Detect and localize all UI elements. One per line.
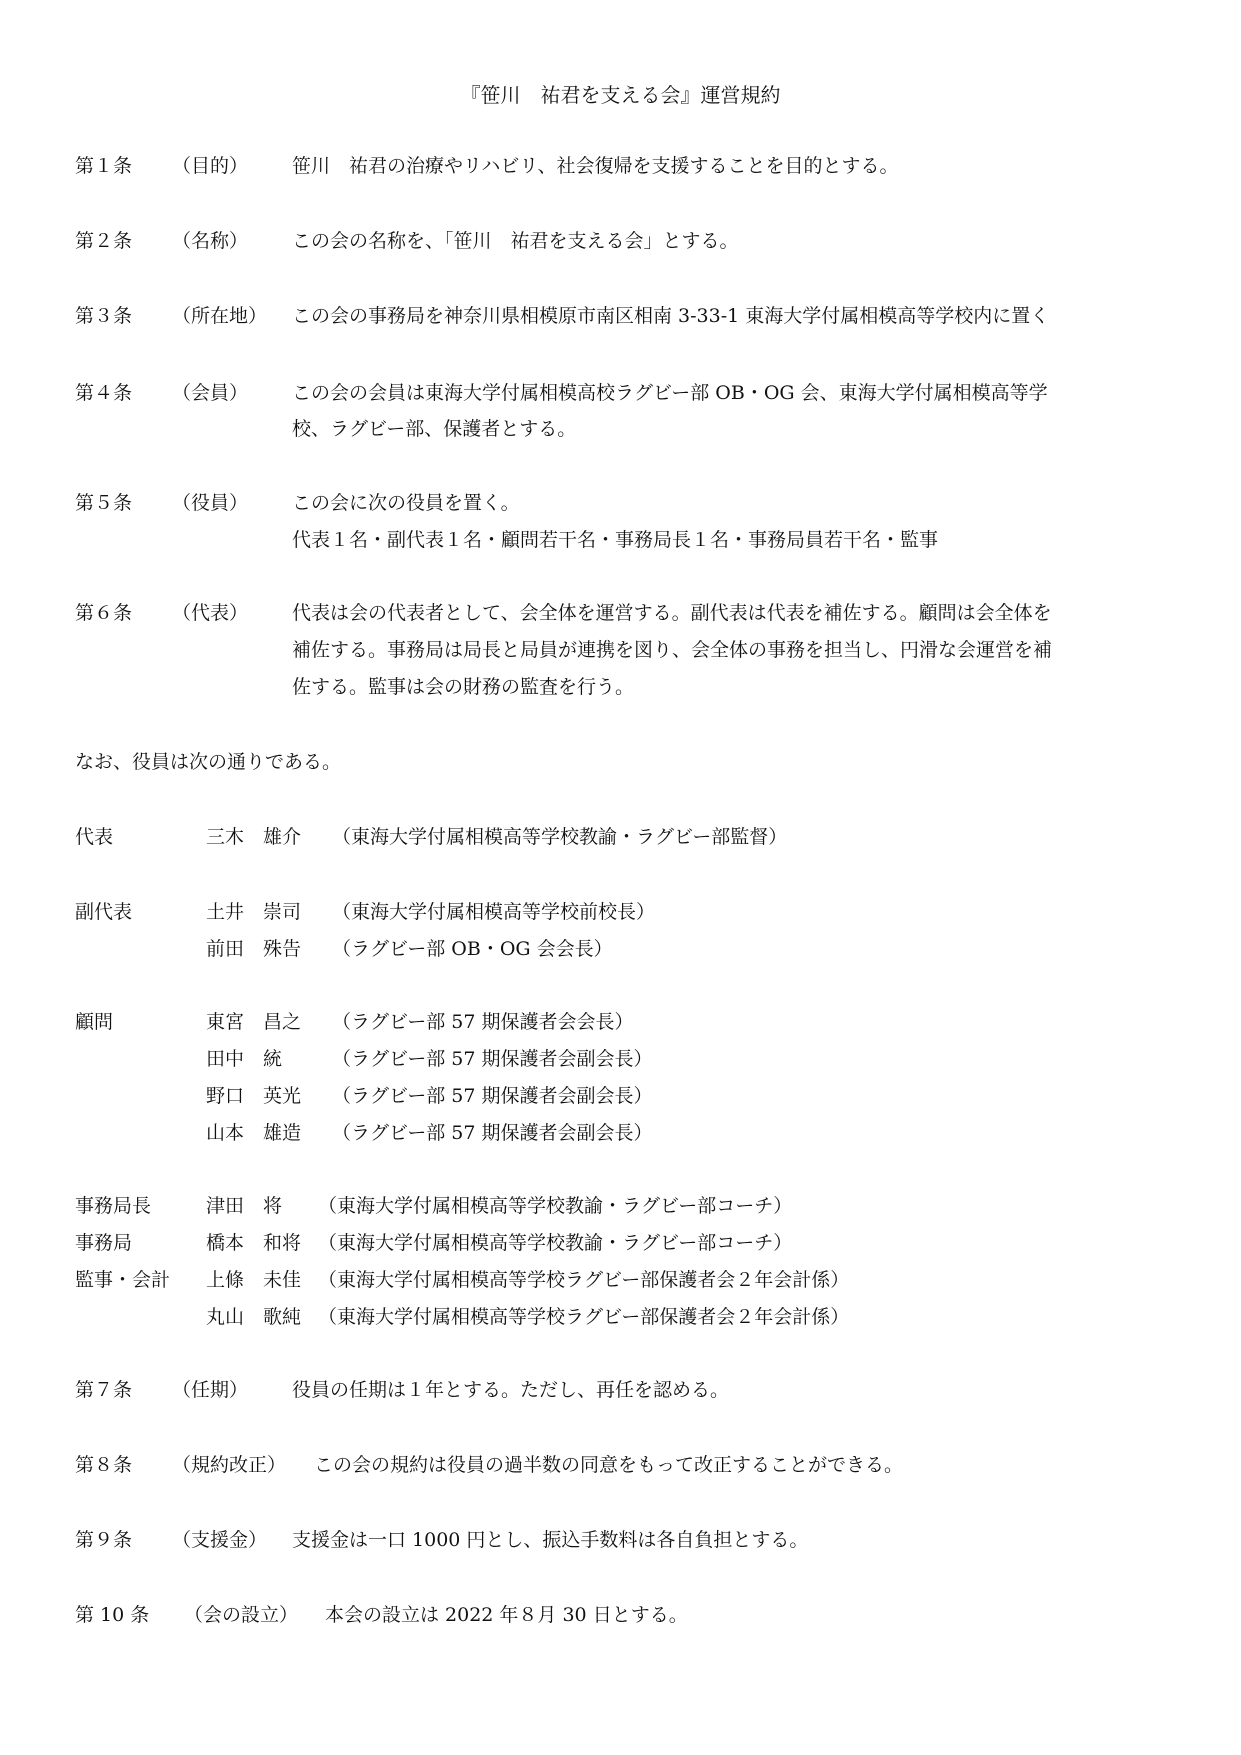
article-text: 役員の任期は１年とする。ただし、再任を認める。: [292, 1371, 729, 1409]
article-text: この会の名称を、「笹川 祐君を支える会」とする。: [292, 222, 739, 260]
article-text: この会の規約は役員の過半数の同意をもって改正することができる。: [314, 1446, 903, 1484]
article-heading: （会の設立）: [184, 1596, 298, 1634]
article-heading: （名称）: [172, 222, 248, 260]
article-number: 第８条: [75, 1446, 132, 1484]
officer-name: 丸山 歌純: [206, 1298, 301, 1336]
officer-name: 上條 未佳: [206, 1261, 301, 1299]
article-text: 本会の設立は 2022 年８月 30 日とする。: [325, 1596, 688, 1634]
officer-name: 田中 統: [206, 1040, 282, 1078]
officer-role: 代表: [75, 818, 113, 856]
officer-detail: （東海大学付属相模高等学校ラグビー部保護者会２年会計係）: [318, 1261, 849, 1299]
officer-role: 事務局長: [75, 1187, 151, 1225]
officer-name: 東宮 昌之: [206, 1003, 301, 1041]
officer-name: 土井 崇司: [206, 893, 301, 931]
officer-role: 顧問: [75, 1003, 113, 1041]
article-heading: （規約改正）: [172, 1446, 286, 1484]
officer-name: 三木 雄介: [206, 818, 301, 856]
article-heading: （支援金）: [172, 1521, 267, 1559]
article-number: 第４条: [75, 374, 132, 412]
officer-detail: （東海大学付属相模高等学校前校長）: [332, 893, 655, 931]
officer-name: 橋本 和将: [206, 1224, 301, 1262]
officer-detail: （東海大学付属相模高等学校教諭・ラグビー部監督）: [332, 818, 787, 856]
article-text: 校、ラグビー部、保護者とする。: [292, 410, 576, 448]
article-number: 第２条: [75, 222, 132, 260]
article-text: 支援金は一口 1000 円とし、振込手数料は各自負担とする。: [292, 1521, 808, 1559]
article-heading: （役員）: [172, 484, 248, 522]
article-number: 第６条: [75, 594, 132, 632]
officer-role: 副代表: [75, 893, 132, 931]
article-text: 佐する。監事は会の財務の監査を行う。: [292, 668, 634, 706]
article-heading: （所在地）: [172, 297, 267, 335]
article-text: 笹川 祐君の治療やリハビリ、社会復帰を支援することを目的とする。: [292, 147, 898, 185]
officer-role: 監事・会計: [75, 1261, 170, 1299]
article-text: この会の事務局を神奈川県相模原市南区相南 3-33-1 東海大学付属相模高等学校…: [292, 297, 1049, 335]
officer-role: 事務局: [75, 1224, 132, 1262]
officer-detail: （ラグビー部 57 期保護者会副会長）: [332, 1077, 653, 1115]
officer-detail: （ラグビー部 OB・OG 会会長）: [332, 930, 613, 968]
article-text: 補佐する。事務局は局長と局員が連携を図り、会全体の事務を担当し、円滑な会運営を補: [292, 631, 1052, 669]
article-text: この会に次の役員を置く。: [292, 484, 520, 522]
officers-intro: なお、役員は次の通りである。: [75, 743, 341, 781]
article-heading: （任期）: [172, 1371, 248, 1409]
article-text: 代表１名・副代表１名・顧問若干名・事務局長１名・事務局員若干名・監事: [292, 521, 938, 559]
article-number: 第１条: [75, 147, 132, 185]
officer-name: 津田 将: [206, 1187, 282, 1225]
officer-name: 山本 雄造: [206, 1114, 301, 1152]
article-heading: （代表）: [172, 594, 248, 632]
officer-detail: （東海大学付属相模高等学校ラグビー部保護者会２年会計係）: [318, 1298, 849, 1336]
document-title: 『笹川 祐君を支える会』運営規約: [0, 76, 1241, 114]
officer-detail: （ラグビー部 57 期保護者会副会長）: [332, 1040, 653, 1078]
article-text: この会の会員は東海大学付属相模高校ラグビー部 OB・OG 会、東海大学付属相模高…: [292, 374, 1048, 412]
article-number: 第５条: [75, 484, 132, 522]
article-text: 代表は会の代表者として、会全体を運営する。副代表は代表を補佐する。顧問は会全体を: [292, 594, 1052, 632]
officer-detail: （ラグビー部 57 期保護者会副会長）: [332, 1114, 653, 1152]
article-heading: （目的）: [172, 147, 248, 185]
article-number: 第７条: [75, 1371, 132, 1409]
officer-detail: （東海大学付属相模高等学校教諭・ラグビー部コーチ）: [318, 1224, 792, 1262]
article-number: 第３条: [75, 297, 132, 335]
article-heading: （会員）: [172, 374, 248, 412]
officer-detail: （東海大学付属相模高等学校教諭・ラグビー部コーチ）: [318, 1187, 792, 1225]
officer-name: 野口 英光: [206, 1077, 301, 1115]
article-number: 第 10 条: [75, 1596, 149, 1634]
article-number: 第９条: [75, 1521, 132, 1559]
officer-detail: （ラグビー部 57 期保護者会会長）: [332, 1003, 634, 1041]
officer-name: 前田 殊告: [206, 930, 301, 968]
